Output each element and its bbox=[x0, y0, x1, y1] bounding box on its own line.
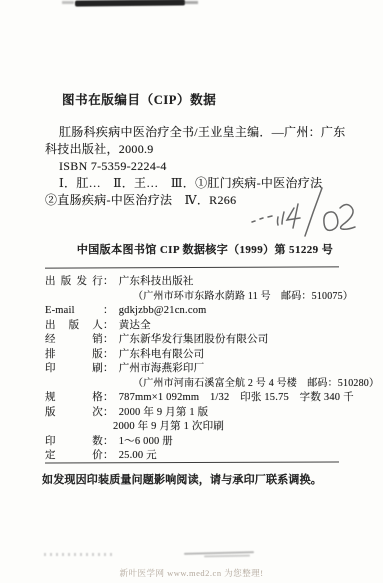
row-value: 黄达全 bbox=[119, 319, 151, 334]
row-value: gdkjzbb@21cn.com bbox=[119, 304, 207, 319]
row-colon: ： bbox=[103, 391, 114, 406]
row-value: 广东新华发行集团股份有限公司 bbox=[119, 333, 269, 348]
row-colon: ： bbox=[103, 435, 114, 450]
scan-smudge-top bbox=[75, 0, 185, 7]
row-value: （广州市河南石溪富全航 2 号 4 号楼 邮码：510280） bbox=[45, 377, 379, 392]
colophon: 出版发行：广东科技出版社 （广州市环市东路水荫路 11 号 邮码：510075）… bbox=[45, 275, 370, 464]
row-label: 定价 bbox=[45, 449, 103, 464]
scan-artifact-right bbox=[204, 555, 250, 558]
scan-artifact-left bbox=[44, 553, 116, 556]
row-value: 广州市海燕彩印厂 bbox=[119, 362, 205, 377]
book-copyright-page: 图书在版编目（CIP）数据 肛肠科疾病中医治疗全书/王业皇主编．—广州：广东 科… bbox=[0, 0, 383, 583]
row-label: 出版人 bbox=[45, 319, 103, 334]
colophon-row-printer-address: （广州市河南石溪富全航 2 号 4 号楼 邮码：510280） bbox=[45, 377, 370, 392]
row-value: 2000 年 9 月第 1 次印刷 bbox=[45, 420, 224, 435]
cip-line: 肛肠科疾病中医治疗全书/王业皇主编．—广州：广东 bbox=[45, 124, 359, 141]
cip-line-isbn: ISBN 7-5359-2224-4 bbox=[45, 158, 359, 175]
row-value: （广州市环市东路水荫路 11 号 邮码：510075） bbox=[45, 290, 353, 305]
cip-line: 科技出版社，2000.9 bbox=[45, 141, 359, 158]
row-value: 广东科技出版社 bbox=[119, 275, 194, 290]
row-label: 排版 bbox=[45, 348, 103, 363]
row-colon: ： bbox=[103, 406, 114, 421]
handwritten-annotation bbox=[246, 186, 358, 244]
row-label: 出版发行 bbox=[45, 275, 103, 290]
row-colon: ： bbox=[103, 348, 114, 363]
colophon-row-publisher-address: （广州市环市东路水荫路 11 号 邮码：510075） bbox=[45, 290, 370, 305]
row-label: 经销 bbox=[45, 333, 103, 348]
row-label: 版次 bbox=[45, 406, 103, 421]
colophon-row-print-run: 印数：1～6 000 册 bbox=[45, 435, 370, 450]
colophon-row-publisher-person: 出版人：黄达全 bbox=[45, 319, 370, 334]
colophon-row-format: 规格：787mm×1 092mm 1/32 印张 15.75 字数 340 千 bbox=[45, 391, 370, 406]
row-value: 787mm×1 092mm 1/32 印张 15.75 字数 340 千 bbox=[119, 391, 354, 406]
row-colon: ： bbox=[103, 333, 114, 348]
colophon-row-email: E-mail：gdkjzbb@21cn.com bbox=[45, 304, 370, 319]
scan-smudge-top-left bbox=[62, 1, 74, 4]
row-label: E-mail bbox=[45, 304, 103, 319]
row-label: 规格 bbox=[45, 391, 103, 406]
colophon-row-printer: 印刷：广州市海燕彩印厂 bbox=[45, 362, 370, 377]
row-colon: ： bbox=[103, 275, 114, 290]
watermark-footer: 新叶医学网 www.med2.cn 为您整理! bbox=[0, 567, 383, 579]
divider-rule-top bbox=[45, 266, 339, 268]
scan-smudge-top-right bbox=[184, 1, 198, 4]
colophon-row-typesetting: 排版：广东科电有限公司 bbox=[45, 348, 370, 363]
quality-notice: 如发现因印装质量问题影响阅读，请与承印厂联系调换。 bbox=[42, 471, 362, 487]
colophon-row-distributor: 经销：广东新华发行集团股份有限公司 bbox=[45, 333, 370, 348]
row-colon: ： bbox=[103, 319, 114, 334]
row-value: 2000 年 9 月第 1 版 bbox=[119, 406, 209, 421]
colophon-row-publisher: 出版发行：广东科技出版社 bbox=[45, 275, 370, 290]
row-value: 广东科电有限公司 bbox=[119, 348, 205, 363]
row-label: 印数 bbox=[45, 435, 103, 450]
colophon-row-edition: 版次：2000 年 9 月第 1 版 bbox=[45, 406, 370, 421]
row-colon: ： bbox=[103, 362, 114, 377]
row-colon: ： bbox=[103, 304, 114, 319]
row-value: 1～6 000 册 bbox=[119, 435, 173, 450]
cip-record-number: 中国版本图书馆 CIP 数据核字（1999）第 51229 号 bbox=[40, 241, 370, 257]
cip-heading: 图书在版编目（CIP）数据 bbox=[62, 90, 216, 108]
row-label: 印刷 bbox=[45, 362, 103, 377]
colophon-row-printing: 2000 年 9 月第 1 次印刷 bbox=[45, 420, 370, 435]
